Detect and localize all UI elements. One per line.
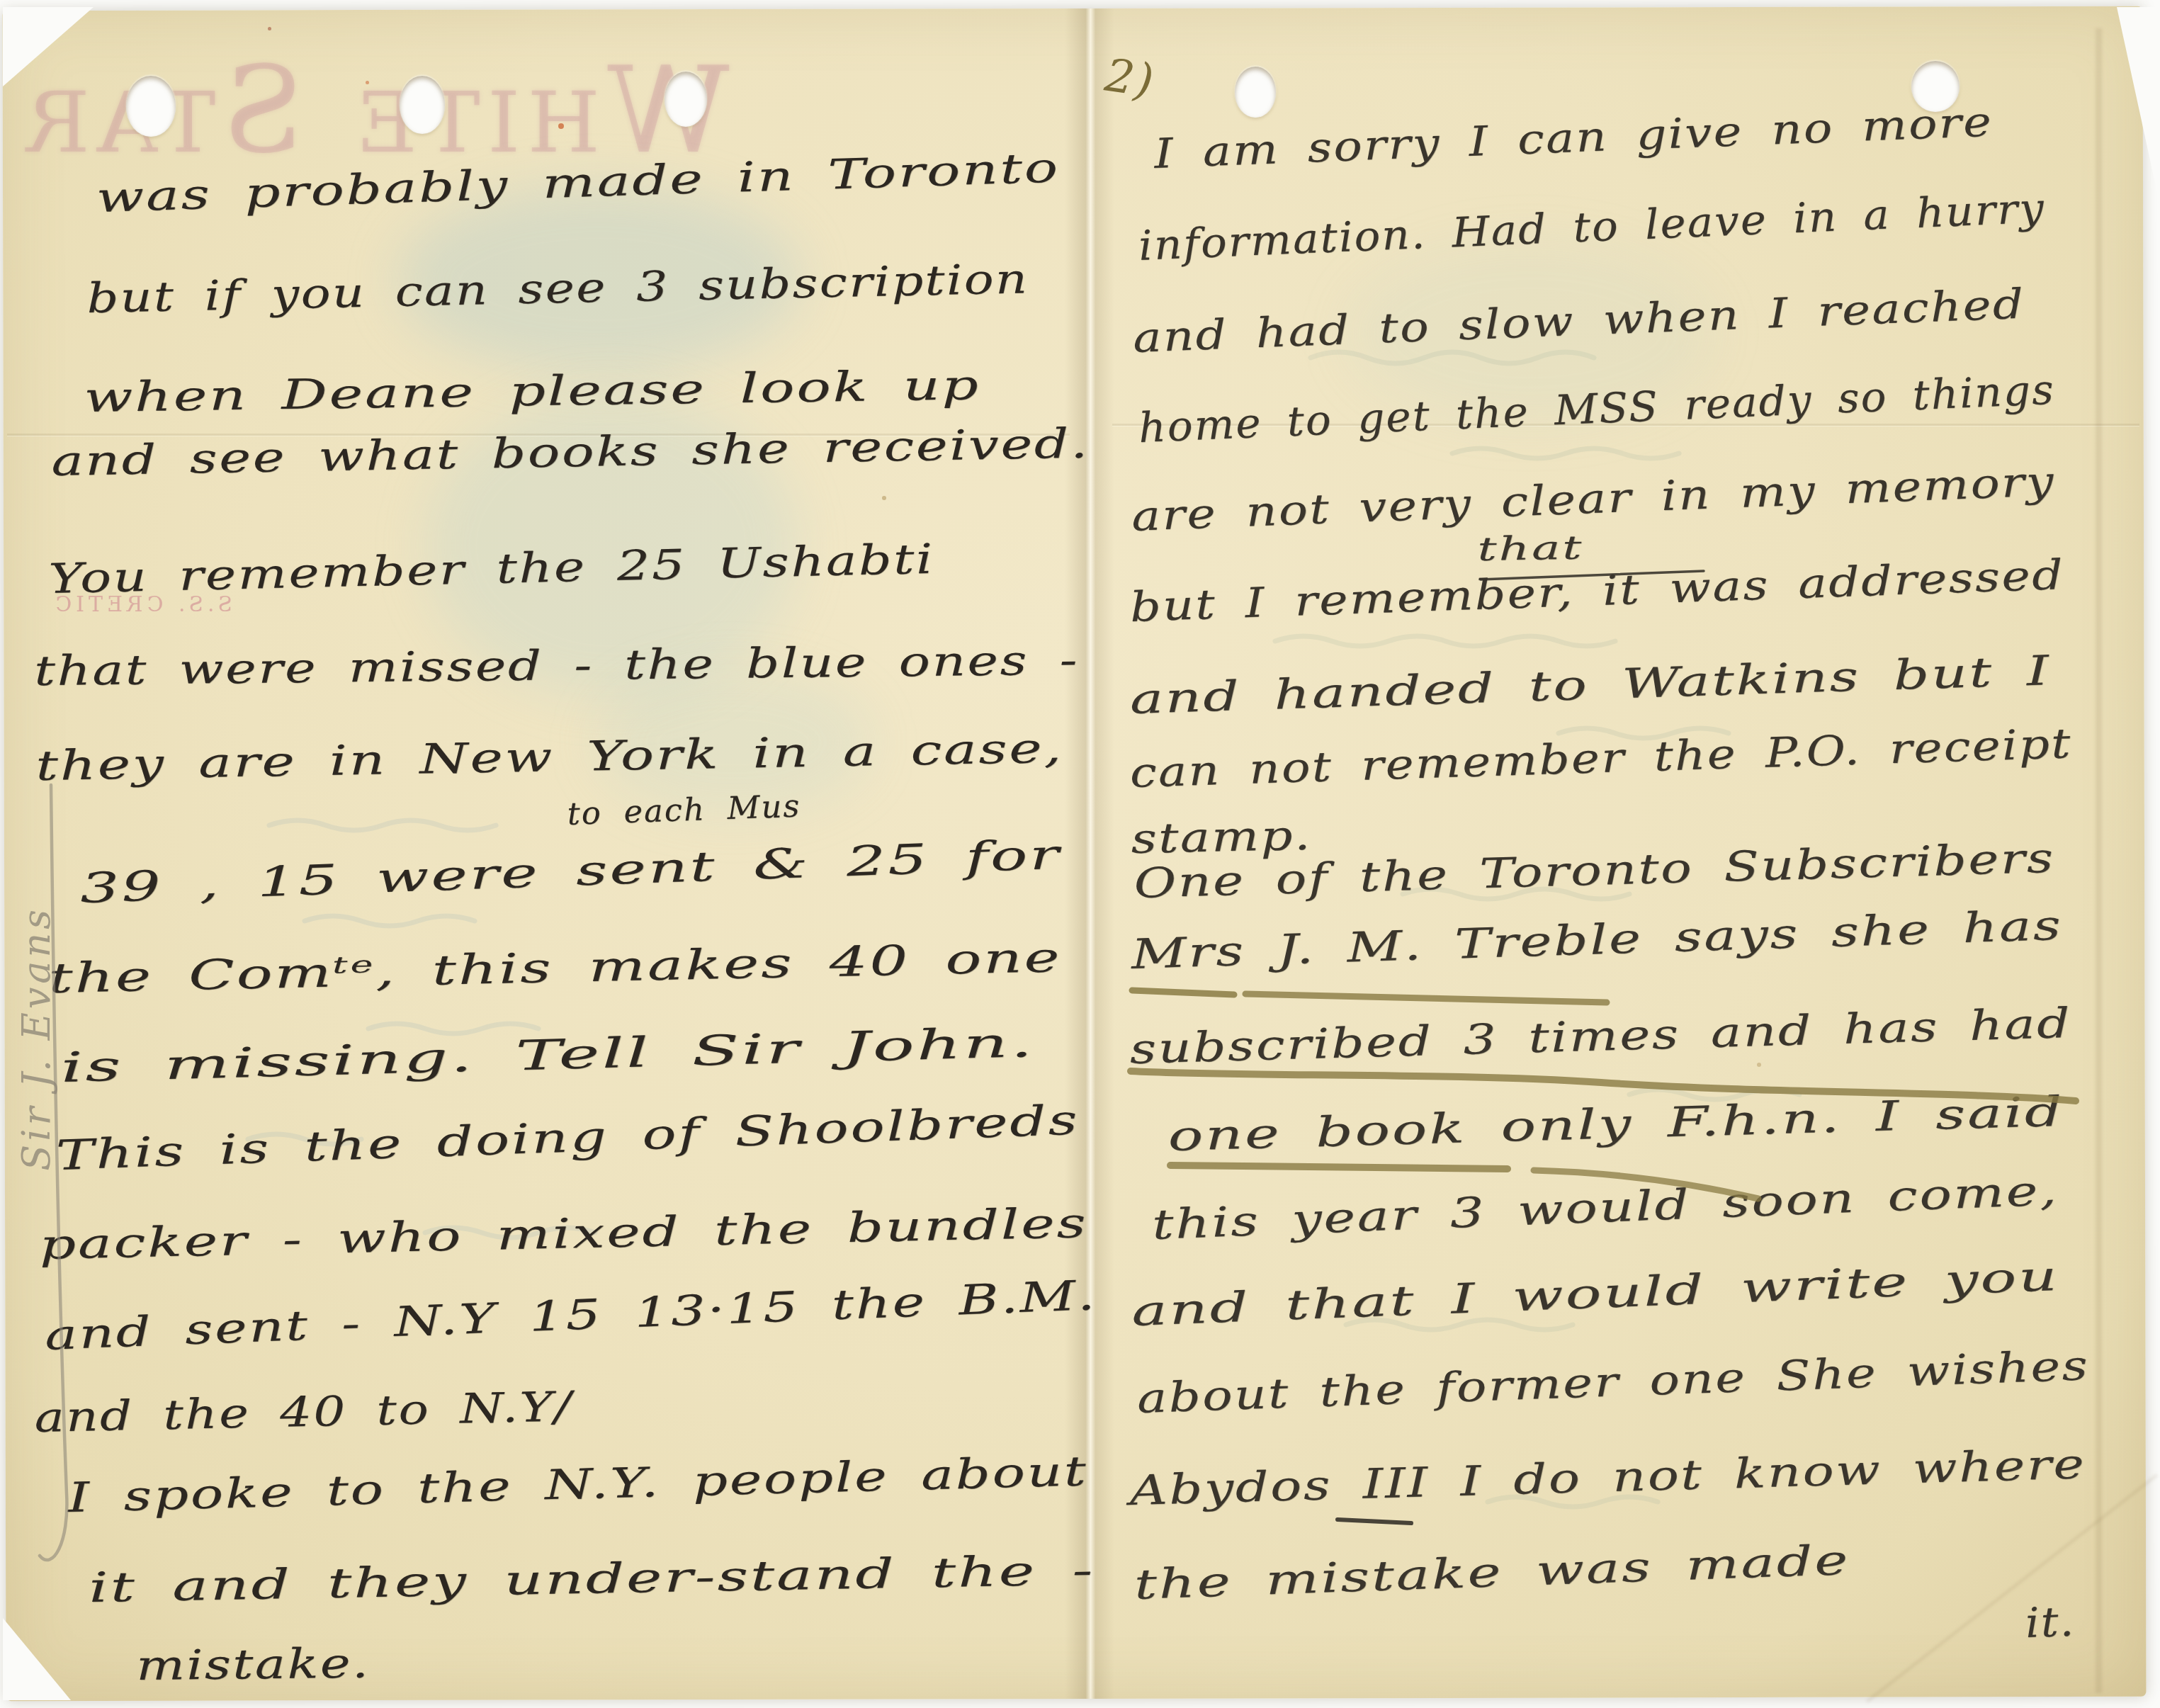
punch-hole [1235,67,1276,118]
foxing-speck [558,123,564,129]
punch-hole [665,72,707,127]
foxing-speck [268,27,271,30]
right-edge-crease [2096,28,2102,1693]
punch-hole [126,76,176,137]
punch-hole [400,76,445,134]
horizontal-crease [1112,424,2139,426]
center-fold-crease [1065,9,1114,1699]
punch-hole [1911,61,1960,112]
scanned-letter: { "document": { "page_number": "2)", "ma… [0,0,2160,1708]
foxing-speck [882,496,886,500]
page-number: 2) [1102,50,1158,108]
horizontal-crease [7,434,1070,436]
foxing-speck [366,81,369,84]
foxing-speck [1757,1063,1761,1067]
